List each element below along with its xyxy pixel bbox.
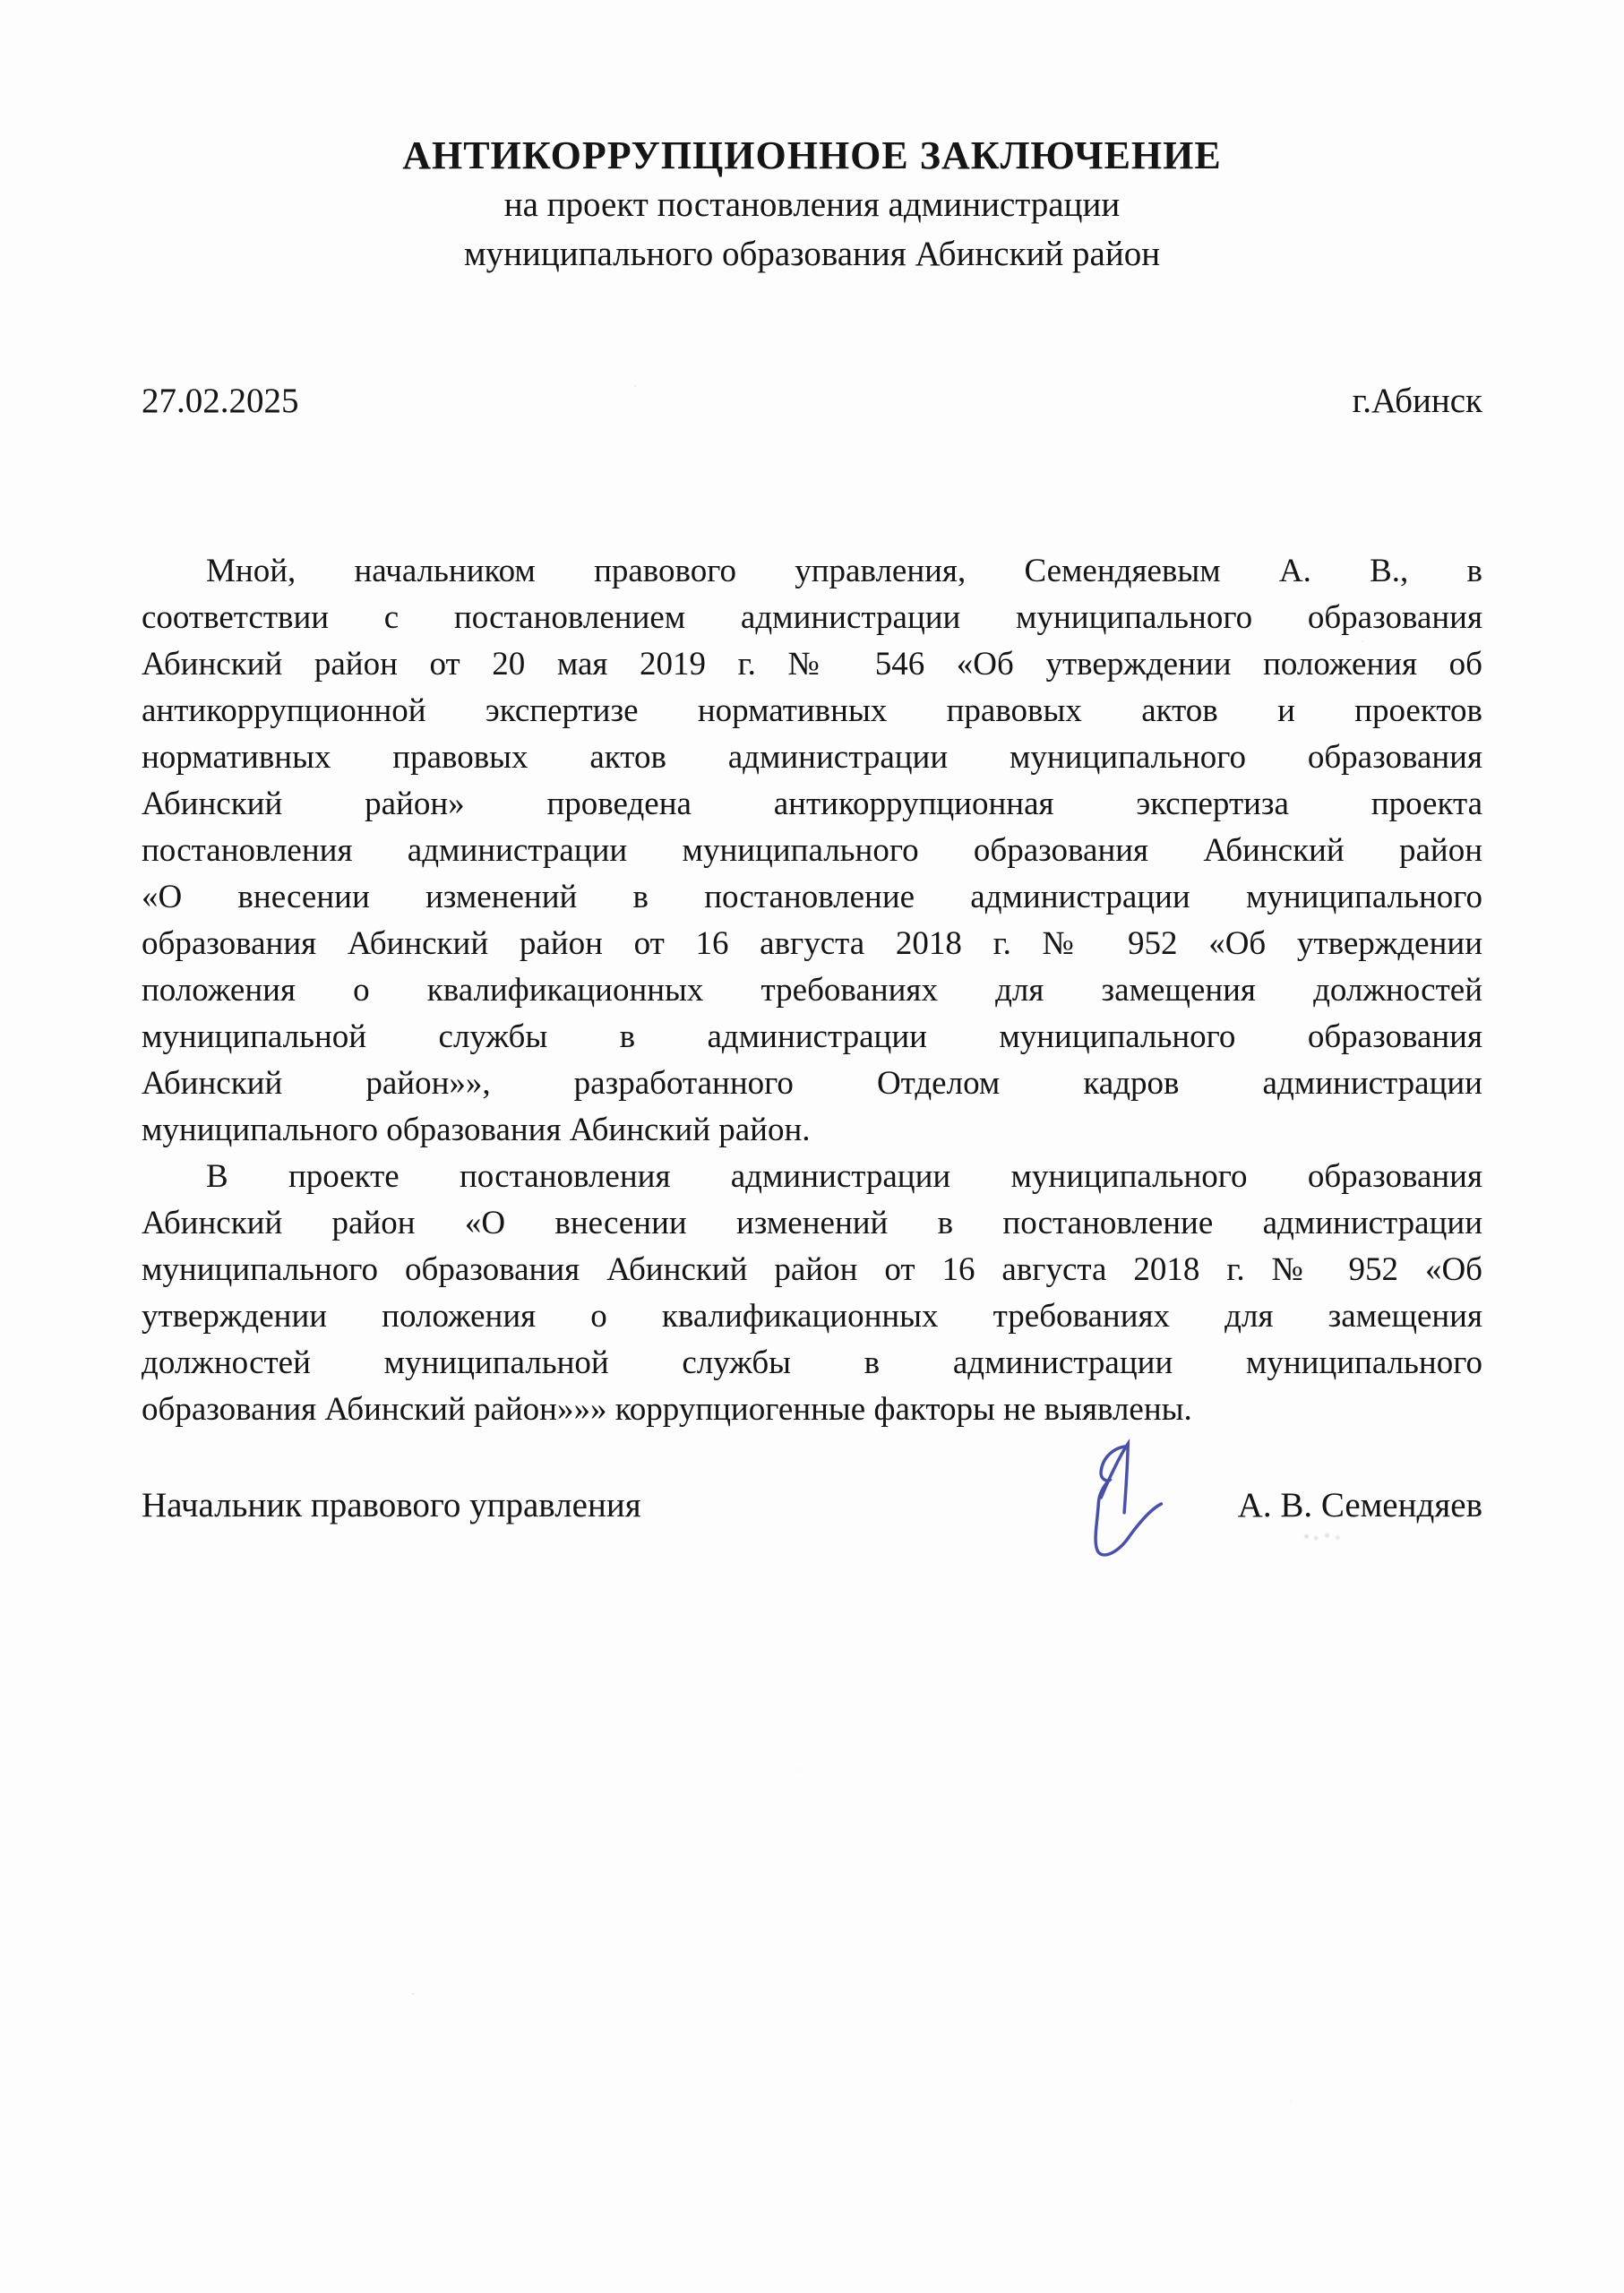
document-content: АНТИКОРРУПЦИОННОЕ ЗАКЛЮЧЕНИЕ на проект п… xyxy=(142,0,1482,1539)
text-line: «О внесении изменений в постановление ад… xyxy=(142,874,1482,921)
text-line: Абинский район» проведена антикоррупцион… xyxy=(142,781,1482,828)
text-line: положения о квалификационных требованиях… xyxy=(142,967,1482,1014)
handwritten-signature-ink xyxy=(1066,1413,1166,1582)
signature-row: Начальник правового управления А. В. Сем… xyxy=(142,1485,1482,1539)
paragraphs: Мной, начальником правового управления, … xyxy=(142,548,1482,1433)
text-line: образования Абинский район от 16 августа… xyxy=(142,921,1482,967)
signatory-name: А. В. Семендяев xyxy=(1238,1485,1482,1525)
text-line: Абинский район «О внесении изменений в п… xyxy=(142,1200,1482,1247)
text-line: муниципальной службы в администрации мун… xyxy=(142,1014,1482,1061)
document-subtitle-line-1: на проект постановления администрации xyxy=(142,180,1482,229)
text-line: муниципального образования Абинский райо… xyxy=(142,1247,1482,1293)
text-line: постановления администрации муниципально… xyxy=(142,828,1482,874)
text-line: образования Абинский район»»» коррупциог… xyxy=(142,1387,1482,1433)
scan-noise-speckles xyxy=(412,1993,414,1995)
document-title: АНТИКОРРУПЦИОННОЕ ЗАКЛЮЧЕНИЕ xyxy=(142,131,1482,180)
text-line: должностей муниципальной службы в админи… xyxy=(142,1340,1482,1387)
paragraph: Мной, начальником правового управления, … xyxy=(142,548,1482,1154)
text-line: антикоррупционной экспертизе нормативных… xyxy=(142,688,1482,734)
text-line: нормативных правовых актов администрации… xyxy=(142,734,1482,781)
signatory-position-label: Начальник правового управления xyxy=(142,1485,641,1525)
faint-scan-artifact xyxy=(1302,1532,1343,1542)
date-place-row: 27.02.2025 г.Абинск xyxy=(142,381,1482,421)
scanned-document-page: АНТИКОРРУПЦИОННОЕ ЗАКЛЮЧЕНИЕ на проект п… xyxy=(0,0,1624,2293)
document-subtitle-line-2: муниципального образования Абинский райо… xyxy=(142,229,1482,279)
document-place: г.Абинск xyxy=(1353,381,1482,421)
document-title-block: АНТИКОРРУПЦИОННОЕ ЗАКЛЮЧЕНИЕ на проект п… xyxy=(142,131,1482,279)
text-line: утверждении положения о квалификационных… xyxy=(142,1293,1482,1340)
text-line: муниципального образования Абинский райо… xyxy=(142,1107,1482,1154)
text-line: Абинский район»», разработанного Отделом… xyxy=(142,1061,1482,1107)
document-date: 27.02.2025 xyxy=(142,381,299,421)
text-line: соответствии с постановлением администра… xyxy=(142,595,1482,641)
text-line: Абинский район от 20 мая 2019 г. № 546 «… xyxy=(142,641,1482,688)
text-line: Мной, начальником правового управления, … xyxy=(142,548,1482,595)
text-line: В проекте постановления администрации му… xyxy=(142,1154,1482,1200)
paragraph: В проекте постановления администрации му… xyxy=(142,1154,1482,1433)
